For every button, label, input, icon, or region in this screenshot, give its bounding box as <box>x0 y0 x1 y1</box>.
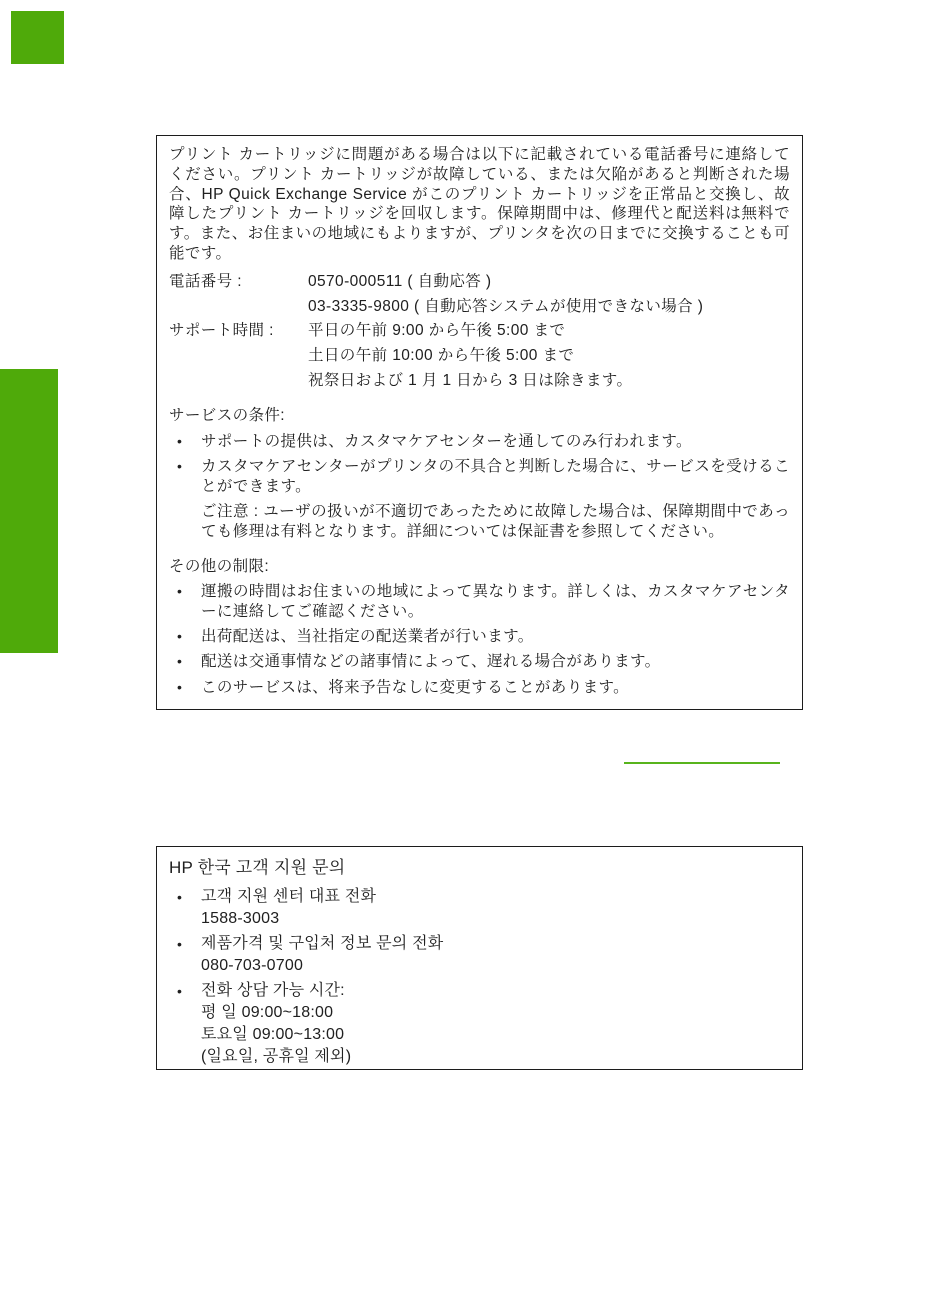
limit-text: 配送は交通事情などの諸事情によって、遅れる場合があります。 <box>201 652 790 672</box>
support-hours-row: サポート時間 : 平日の午前 9:00 から午後 5:00 まで <box>169 321 790 341</box>
document-page: プリント カートリッジに問題がある場合は以下に記載されている電話番号に連絡してく… <box>0 0 936 1296</box>
bullet-icon: • <box>169 457 201 497</box>
bullet-icon: • <box>169 886 201 930</box>
service-note-paragraph: ご注意 : ユーザの扱いが不適切であったために故障した場合は、保障期間中であって… <box>201 502 790 542</box>
list-item: • 제품가격 및 구입처 정보 문의 전화 080-703-0700 <box>169 933 790 977</box>
limit-text: このサービスは、将来予告なしに変更することがあります。 <box>201 678 790 698</box>
list-item: • カスタマケアセンターがプリンタの不具合と判断した場合に、サービスを受けること… <box>169 457 790 497</box>
limit-text: 運搬の時間はお住まいの地域によって異なります。詳しくは、カスタマケアセンターに連… <box>201 582 790 622</box>
list-item: • 運搬の時間はお住まいの地域によって異なります。詳しくは、カスタマケアセンター… <box>169 582 790 622</box>
jp-intro-paragraph: プリント カートリッジに問題がある場合は以下に記載されている電話番号に連絡してく… <box>169 145 790 264</box>
bullet-icon: • <box>169 678 201 698</box>
support-hours-row: 土日の午前 10:00 から午後 5:00 まで <box>169 346 790 366</box>
kr-support-box: HP 한국 고객 지원 문의 • 고객 지원 센터 대표 전화 1588-300… <box>156 846 803 1070</box>
bullet-icon: • <box>169 652 201 672</box>
support-hours-label <box>169 346 308 366</box>
kr-hours-line: 토요일 09:00~13:00 <box>201 1024 790 1046</box>
service-term-text: サポートの提供は、カスタマケアセンターを通してのみ行われます。 <box>201 432 790 452</box>
kr-hours-line: (일요일, 공휴일 제외) <box>201 1046 790 1068</box>
kr-support-title: HP 한국 고객 지원 문의 <box>169 857 790 879</box>
service-terms-heading: サービスの条件: <box>169 406 790 426</box>
kr-item-label: 전화 상담 가능 시간: <box>201 980 790 1002</box>
support-hours-row: 祝祭日および 1 月 1 日から 3 日は除きます。 <box>169 371 790 391</box>
list-item: • 出荷配送は、当社指定の配送業者が行います。 <box>169 627 790 647</box>
phone-number-value: 03-3335-9800 ( 自動応答システムが使用できない場合 ) <box>308 297 790 317</box>
chapter-side-tab <box>0 369 58 653</box>
other-limits-heading: その他の制限: <box>169 557 790 577</box>
bullet-icon: • <box>169 933 201 977</box>
kr-item-phone: 1588-3003 <box>201 908 790 930</box>
phone-number-row: 03-3335-9800 ( 自動応答システムが使用できない場合 ) <box>169 297 790 317</box>
phone-number-value: 0570-000511 ( 自動応答 ) <box>308 272 790 292</box>
phone-number-row: 電話番号 : 0570-000511 ( 自動応答 ) <box>169 272 790 292</box>
support-hours-value: 平日の午前 9:00 から午後 5:00 まで <box>308 321 790 341</box>
phone-number-label: 電話番号 : <box>169 272 308 292</box>
phone-number-label <box>169 297 308 317</box>
list-item: • このサービスは、将来予告なしに変更することがあります。 <box>169 678 790 698</box>
kr-item-label: 고객 지원 센터 대표 전화 <box>201 886 790 908</box>
limit-text: 出荷配送は、当社指定の配送業者が行います。 <box>201 627 790 647</box>
support-hours-label: サポート時間 : <box>169 321 308 341</box>
list-item: • 전화 상담 가능 시간: 평 일 09:00~18:00 토요일 09:00… <box>169 980 790 1068</box>
kr-item-label: 제품가격 및 구입처 정보 문의 전화 <box>201 933 790 955</box>
service-term-text: カスタマケアセンターがプリンタの不具合と判断した場合に、サービスを受けることがで… <box>201 457 790 497</box>
support-hours-label <box>169 371 308 391</box>
support-link-underline[interactable] <box>624 762 780 764</box>
kr-item-phone: 080-703-0700 <box>201 955 790 977</box>
list-item: • 고객 지원 센터 대표 전화 1588-3003 <box>169 886 790 930</box>
bullet-icon: • <box>169 980 201 1068</box>
list-item: • 配送は交通事情などの諸事情によって、遅れる場合があります。 <box>169 652 790 672</box>
jp-quick-exchange-box: プリント カートリッジに問題がある場合は以下に記載されている電話番号に連絡してく… <box>156 135 803 710</box>
bullet-icon: • <box>169 432 201 452</box>
hp-corner-accent-square <box>11 11 64 64</box>
list-item: • サポートの提供は、カスタマケアセンターを通してのみ行われます。 <box>169 432 790 452</box>
bullet-icon: • <box>169 582 201 622</box>
kr-hours-line: 평 일 09:00~18:00 <box>201 1002 790 1024</box>
bullet-icon: • <box>169 627 201 647</box>
support-hours-value: 土日の午前 10:00 から午後 5:00 まで <box>308 346 790 366</box>
support-hours-value: 祝祭日および 1 月 1 日から 3 日は除きます。 <box>308 371 790 391</box>
